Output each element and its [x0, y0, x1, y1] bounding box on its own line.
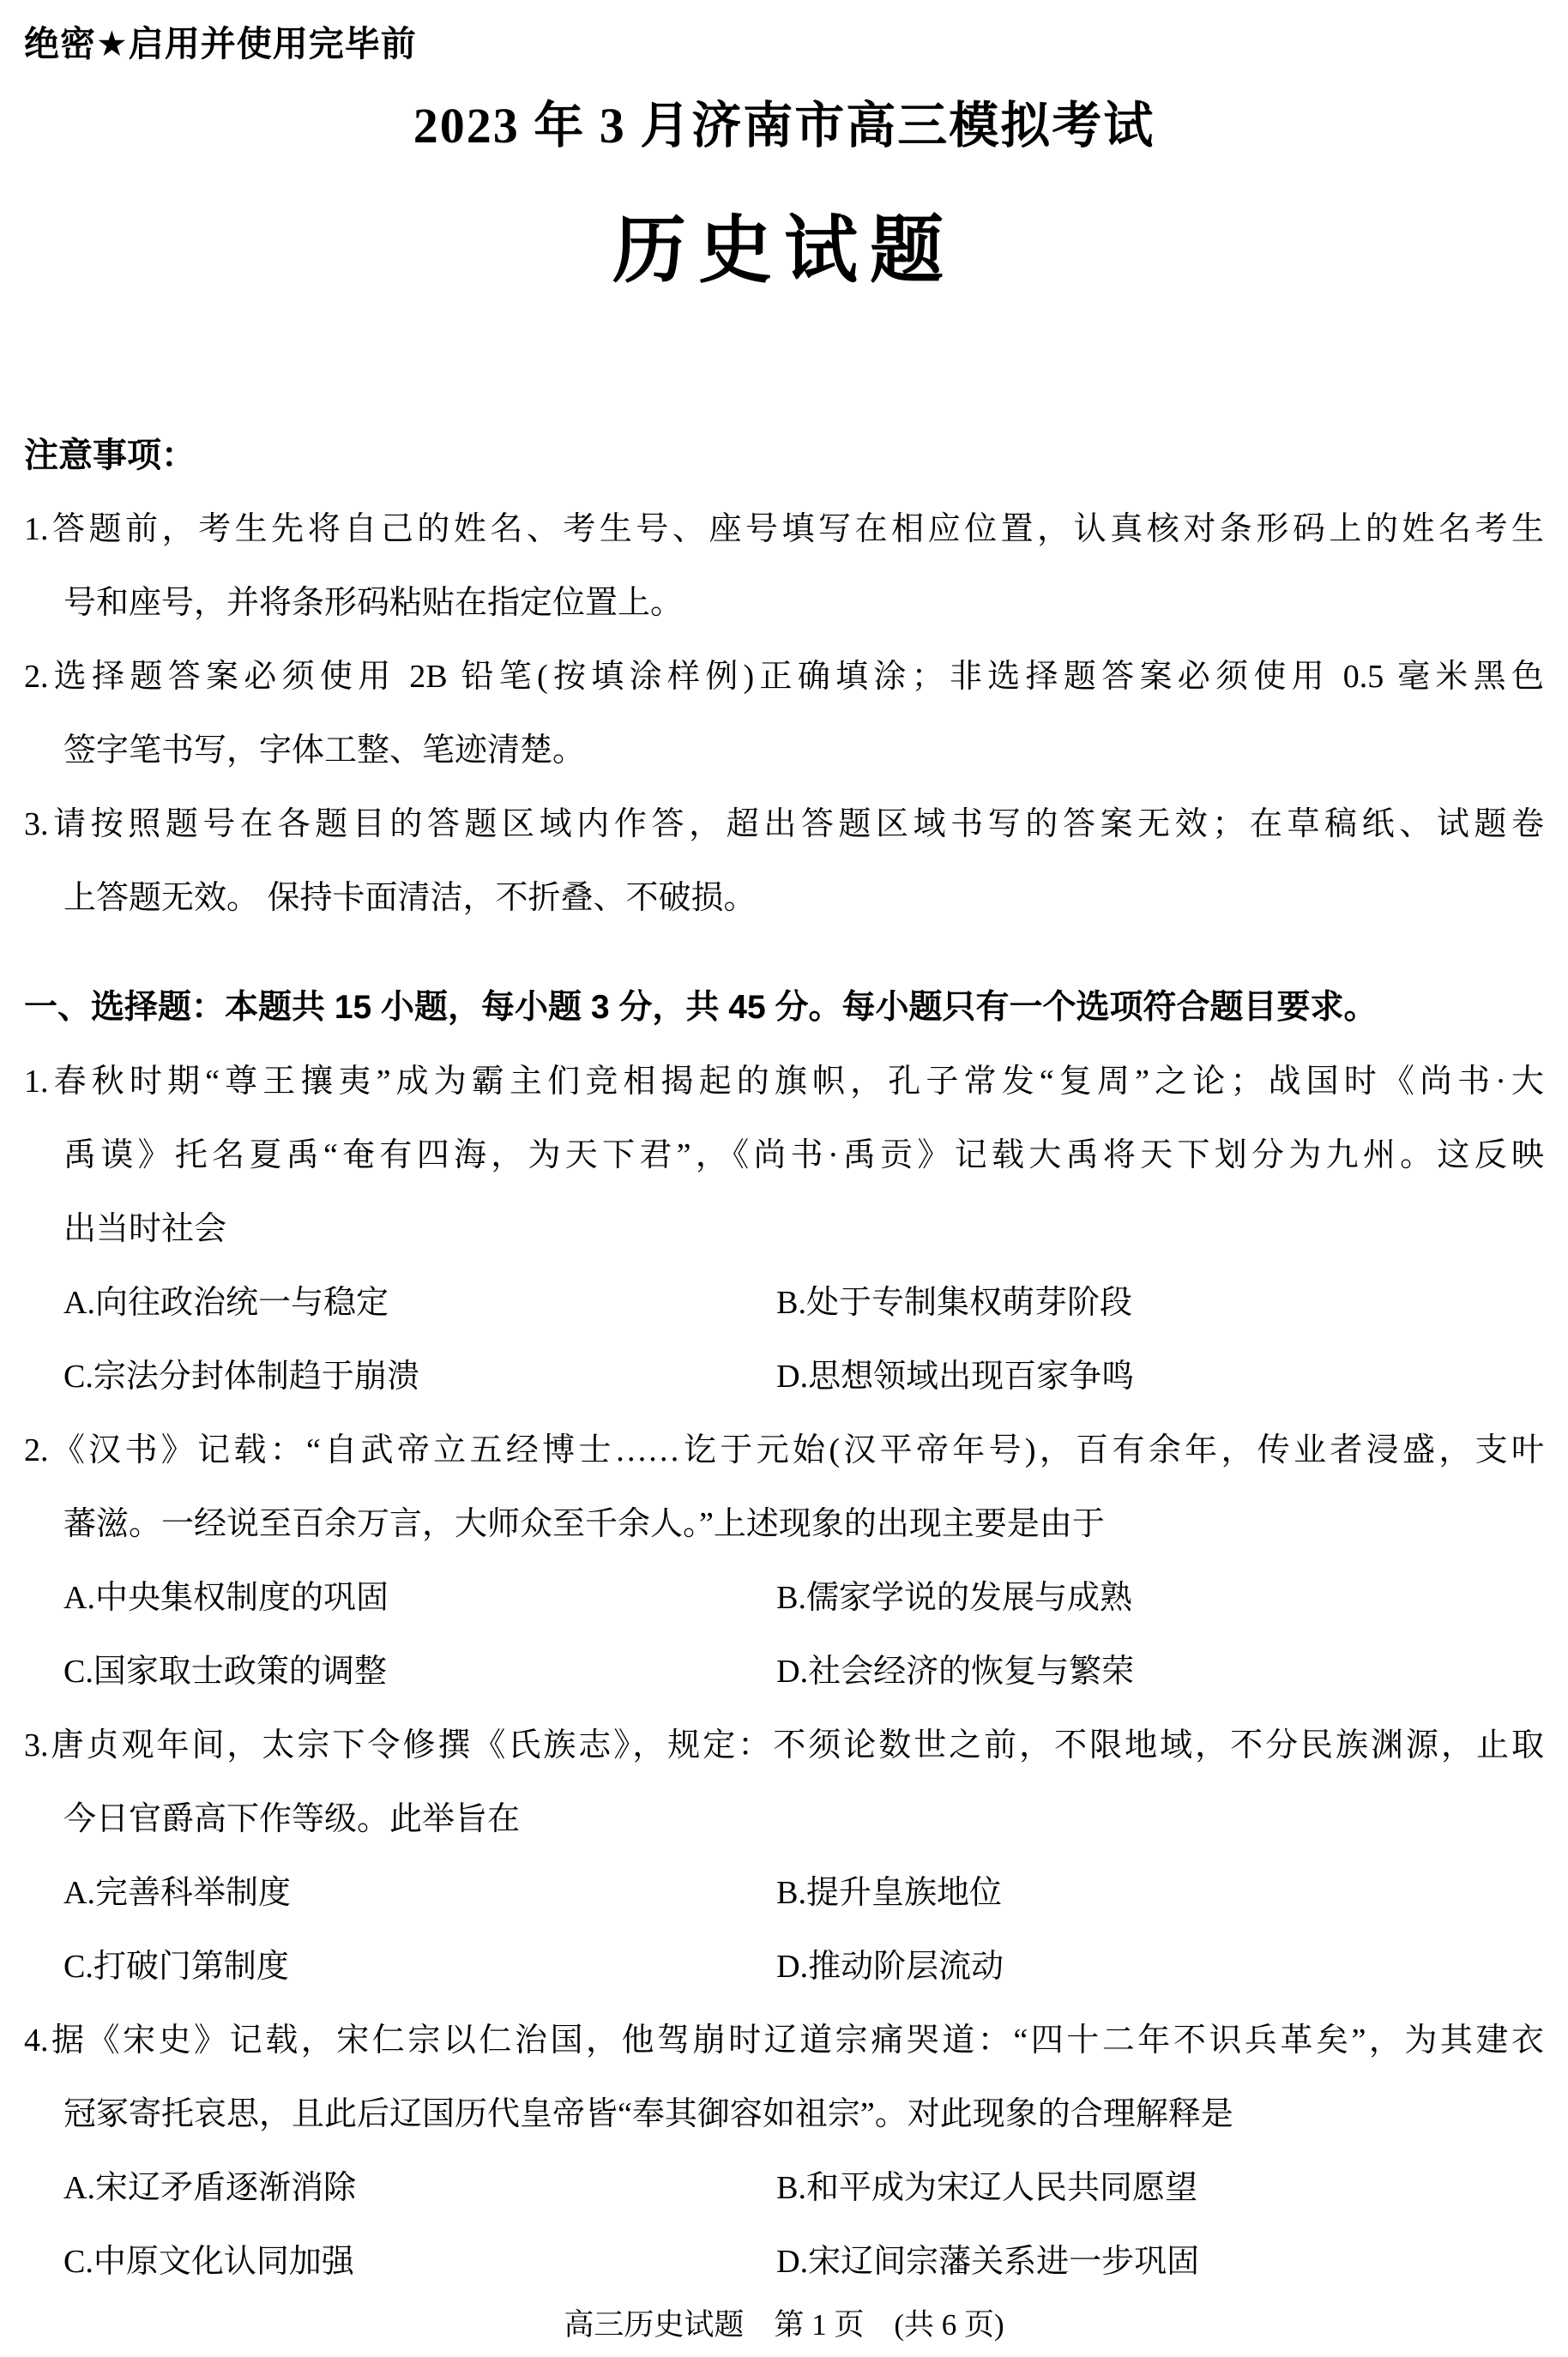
- question-3-options-row-2: C.打破门第制度 D.推动阶层流动: [24, 1930, 1544, 2004]
- question-3: 3.唐贞观年间，太宗下令修撰《氏族志》，规定：不须论数世之前，不限地域，不分民族…: [24, 1709, 1544, 2004]
- question-1-stem-line-1: 1.春秋时期“尊王攘夷”成为霸主们竞相揭起的旗帜，孔子常发“复周”之论；战国时《…: [24, 1045, 1544, 1118]
- classification-banner: 绝密★启用并使用完毕前: [24, 19, 1544, 69]
- notice-item-3-line-2: 上答题无效。 保持卡面清洁，不折叠、不破损。: [24, 861, 1544, 935]
- question-1-stem-line-3: 出当时社会: [24, 1192, 1544, 1266]
- section-header-multiple-choice: 一、选择题：本题共 15 小题，每小题 3 分，共 45 分。每小题只有一个选项…: [24, 971, 1544, 1045]
- question-3-option-a: A.完善科举制度: [24, 1856, 776, 1930]
- question-4-option-b: B.和平成为宋辽人民共同愿望: [776, 2151, 1544, 2225]
- question-2-option-b: B.儒家学说的发展与成熟: [776, 1561, 1544, 1635]
- question-3-option-b: B.提升皇族地位: [776, 1856, 1544, 1930]
- question-2-options-row-2: C.国家取士政策的调整 D.社会经济的恢复与繁荣: [24, 1635, 1544, 1709]
- question-3-stem-line-1: 3.唐贞观年间，太宗下令修撰《氏族志》，规定：不须论数世之前，不限地域，不分民族…: [24, 1709, 1544, 1782]
- question-2-option-a: A.中央集权制度的巩固: [24, 1561, 776, 1635]
- page-footer: 高三历史试题 第 1 页 (共 6 页): [24, 2299, 1544, 2352]
- question-4-options-row-2: C.中原文化认同加强 D.宋辽间宗藩关系进一步巩固: [24, 2225, 1544, 2299]
- question-1: 1.春秋时期“尊王攘夷”成为霸主们竞相揭起的旗帜，孔子常发“复周”之论；战国时《…: [24, 1045, 1544, 1414]
- question-4-stem-line-2: 冠冢寄托哀思，且此后辽国历代皇帝皆“奉其御容如祖宗”。对此现象的合理解释是: [24, 2077, 1544, 2151]
- notice-item-3-line-1: 3.请按照题号在各题目的答题区域内作答，超出答题区域书写的答案无效；在草稿纸、试…: [24, 787, 1544, 861]
- question-1-options-row-1: A.向往政治统一与稳定 B.处于专制集权萌芽阶段: [24, 1266, 1544, 1340]
- question-4-options-row-1: A.宋辽矛盾逐渐消除 B.和平成为宋辽人民共同愿望: [24, 2151, 1544, 2225]
- question-2-options-row-1: A.中央集权制度的巩固 B.儒家学说的发展与成熟: [24, 1561, 1544, 1635]
- question-2-stem-line-2: 蕃滋。一经说至百余万言，大师众至千余人。”上述现象的出现主要是由于: [24, 1487, 1544, 1561]
- question-1-option-d: D.思想领域出现百家争鸣: [776, 1340, 1544, 1414]
- question-4-option-d: D.宋辽间宗藩关系进一步巩固: [776, 2225, 1544, 2299]
- subject-title: 历史试题: [24, 202, 1544, 298]
- question-3-option-d: D.推动阶层流动: [776, 1930, 1544, 2004]
- question-3-option-c: C.打破门第制度: [24, 1930, 776, 2004]
- notice-item-1-line-2: 号和座号，并将条形码粘贴在指定位置上。: [24, 566, 1544, 640]
- exam-paper-page: 绝密★启用并使用完毕前 2023 年 3 月济南市高三模拟考试 历史试题 注意事…: [0, 0, 1568, 2357]
- question-1-options-row-2: C.宗法分封体制趋于崩溃 D.思想领域出现百家争鸣: [24, 1340, 1544, 1414]
- question-2-option-d: D.社会经济的恢复与繁荣: [776, 1635, 1544, 1709]
- notice-section: 注意事项： 1.答题前，考生先将自己的姓名、考生号、座号填写在相应位置，认真核对…: [24, 419, 1544, 935]
- question-1-stem-line-2: 禹谟》托名夏禹“奄有四海，为天下君”，《尚书·禹贡》记载大禹将天下划分为九州。这…: [24, 1118, 1544, 1192]
- question-1-option-c: C.宗法分封体制趋于崩溃: [24, 1340, 776, 1414]
- question-4: 4.据《宋史》记载，宋仁宗以仁治国，他驾崩时辽道宗痛哭道：“四十二年不识兵革矣”…: [24, 2004, 1544, 2299]
- question-2: 2.《汉书》记载：“自武帝立五经博士……讫于元始(汉平帝年号)，百有余年，传业者…: [24, 1414, 1544, 1709]
- question-3-stem-line-2: 今日官爵高下作等级。此举旨在: [24, 1782, 1544, 1856]
- question-4-option-c: C.中原文化认同加强: [24, 2225, 776, 2299]
- question-4-option-a: A.宋辽矛盾逐渐消除: [24, 2151, 776, 2225]
- question-2-stem-line-1: 2.《汉书》记载：“自武帝立五经博士……讫于元始(汉平帝年号)，百有余年，传业者…: [24, 1414, 1544, 1487]
- question-4-stem-line-1: 4.据《宋史》记载，宋仁宗以仁治国，他驾崩时辽道宗痛哭道：“四十二年不识兵革矣”…: [24, 2004, 1544, 2077]
- question-1-option-b: B.处于专制集权萌芽阶段: [776, 1266, 1544, 1340]
- question-3-options-row-1: A.完善科举制度 B.提升皇族地位: [24, 1856, 1544, 1930]
- notice-item-2-line-2: 签字笔书写，字体工整、笔迹清楚。: [24, 714, 1544, 787]
- notice-item-2-line-1: 2.选择题答案必须使用 2B 铅笔(按填涂样例)正确填涂；非选择题答案必须使用 …: [24, 640, 1544, 714]
- question-2-option-c: C.国家取士政策的调整: [24, 1635, 776, 1709]
- exam-title: 2023 年 3 月济南市高三模拟考试: [24, 91, 1544, 161]
- question-1-option-a: A.向往政治统一与稳定: [24, 1266, 776, 1340]
- notice-heading: 注意事项：: [24, 419, 1544, 492]
- notice-item-1-line-1: 1.答题前，考生先将自己的姓名、考生号、座号填写在相应位置，认真核对条形码上的姓…: [24, 492, 1544, 566]
